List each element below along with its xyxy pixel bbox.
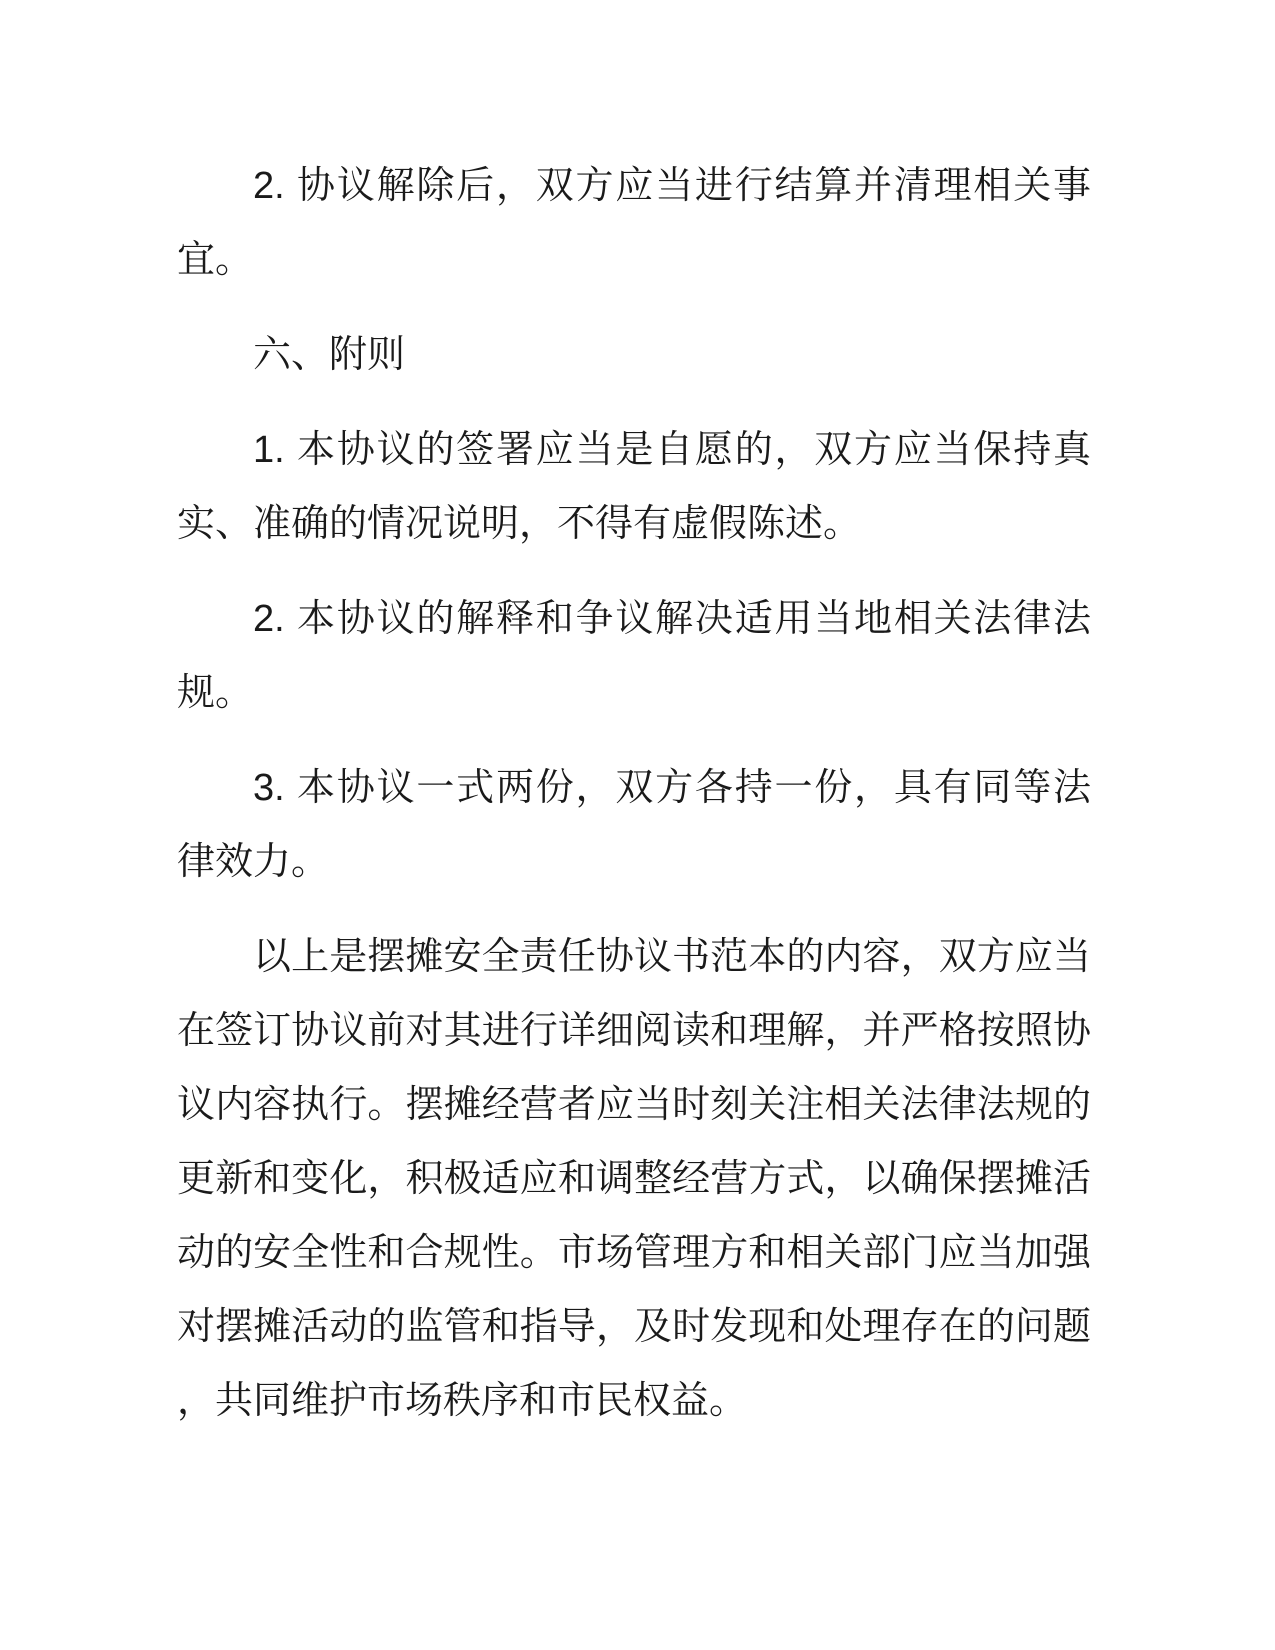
- clause-duplicate-copies: 3. 本协议一式两份，双方各持一份，具有同等法律效力。: [177, 751, 1091, 899]
- section-heading-supplementary-provisions: 六、附则: [177, 318, 1091, 392]
- clause-voluntary-signing: 1. 本协议的签署应当是自愿的，双方应当保持真实、准确的情况说明，不得有虚假陈述…: [177, 413, 1091, 561]
- clause-governing-law: 2. 本协议的解释和争议解决适用当地相关法律法规。: [177, 582, 1091, 730]
- document-page: 2. 协议解除后，双方应当进行结算并清理相关事宜。 六、附则 1. 本协议的签署…: [0, 0, 1275, 1650]
- closing-summary: 以上是摆摊安全责任协议书范本的内容，双方应当在签订协议前对其进行详细阅读和理解，…: [177, 920, 1091, 1438]
- document-body: 2. 协议解除后，双方应当进行结算并清理相关事宜。 六、附则 1. 本协议的签署…: [177, 149, 1091, 1459]
- clause-settlement: 2. 协议解除后，双方应当进行结算并清理相关事宜。: [177, 149, 1091, 297]
